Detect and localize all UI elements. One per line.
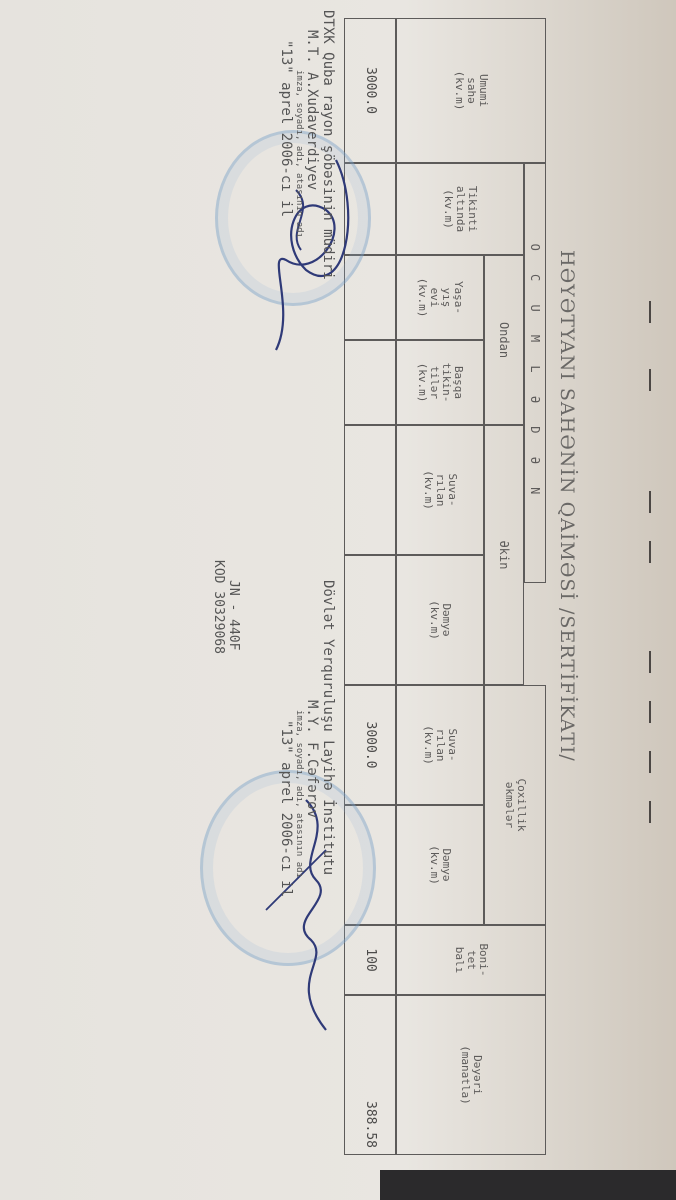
form-code: JN - 440F: [226, 560, 241, 654]
value-coxillik-suvarilan: 3000.0: [344, 685, 396, 805]
header-coxillik-ekmeler: Çoxillik əkmələr: [484, 685, 546, 925]
header-basqa-tikintiler: Başqa tikin- tilər (kv.m): [396, 340, 484, 425]
header-ekin-suvarilan: Suva- rılan (kv.m): [396, 425, 484, 555]
kod-number: KOD 30329068: [211, 560, 226, 654]
right-org: Dövlət Yerquruluşu Layihə İnstitutu: [320, 580, 336, 897]
header-o-cumleden: O C U M L Ə D Ə N: [524, 163, 546, 583]
header-yasayis-evi: Yaşa- yış evi (kv.m): [396, 255, 484, 340]
header-deyeri: Dəyəri (manatla): [396, 995, 546, 1155]
header-coxillik-demye: Dəmyə (kv.m): [396, 805, 484, 925]
right-name: M.Y. F.Cəfərov: [304, 580, 320, 897]
document-title: HƏYƏTYANI SAHƏNİN QAİMƏSİ /SERTİFİKATI/: [556, 250, 578, 970]
left-caption: imza, soyadı, adı, atasının adı: [294, 10, 304, 280]
right-date: "13" aprel 2006-cı il: [278, 580, 294, 897]
value-ekin-suvarilan: [344, 425, 396, 555]
left-org: DTXK Quba rayon şöbəsinin müdiri: [320, 10, 336, 280]
right-signature-block: Dövlət Yerquruluşu Layihə İnstitutu M.Y.…: [278, 580, 336, 897]
header-coxillik-suvarilan: Suva- rılan (kv.m): [396, 685, 484, 805]
left-signature-block: DTXK Quba rayon şöbəsinin müdiri M.T. A.…: [278, 10, 336, 280]
header-tikinti-altinda: Tikinti altında (kv.m): [396, 163, 524, 255]
left-name: M.T. A.Xudaverdiyev: [304, 10, 320, 280]
footer-codes: JN - 440F KOD 30329068: [211, 560, 241, 654]
header-bonitet-bali: Boni- tet balı: [396, 925, 546, 995]
value-umumi-sahe: 3000.0: [344, 18, 396, 163]
header-ekin: Əkin: [484, 425, 524, 685]
header-ekin-demye: Dəmyə (kv.m): [396, 555, 484, 685]
header-ondan: Ondan: [484, 255, 524, 425]
certificate-document: HƏYƏTYANI SAHƏNİN QAİMƏSİ /SERTİFİKATI/ …: [0, 0, 676, 1200]
header-umumi-sahe: Umumi sahə (kv.m): [396, 18, 546, 163]
value-ekin-demye: [344, 555, 396, 685]
right-caption: imza, soyadı, adı, atasının adı: [294, 580, 304, 897]
left-date: "13" aprel 2006-cı il: [278, 10, 294, 280]
